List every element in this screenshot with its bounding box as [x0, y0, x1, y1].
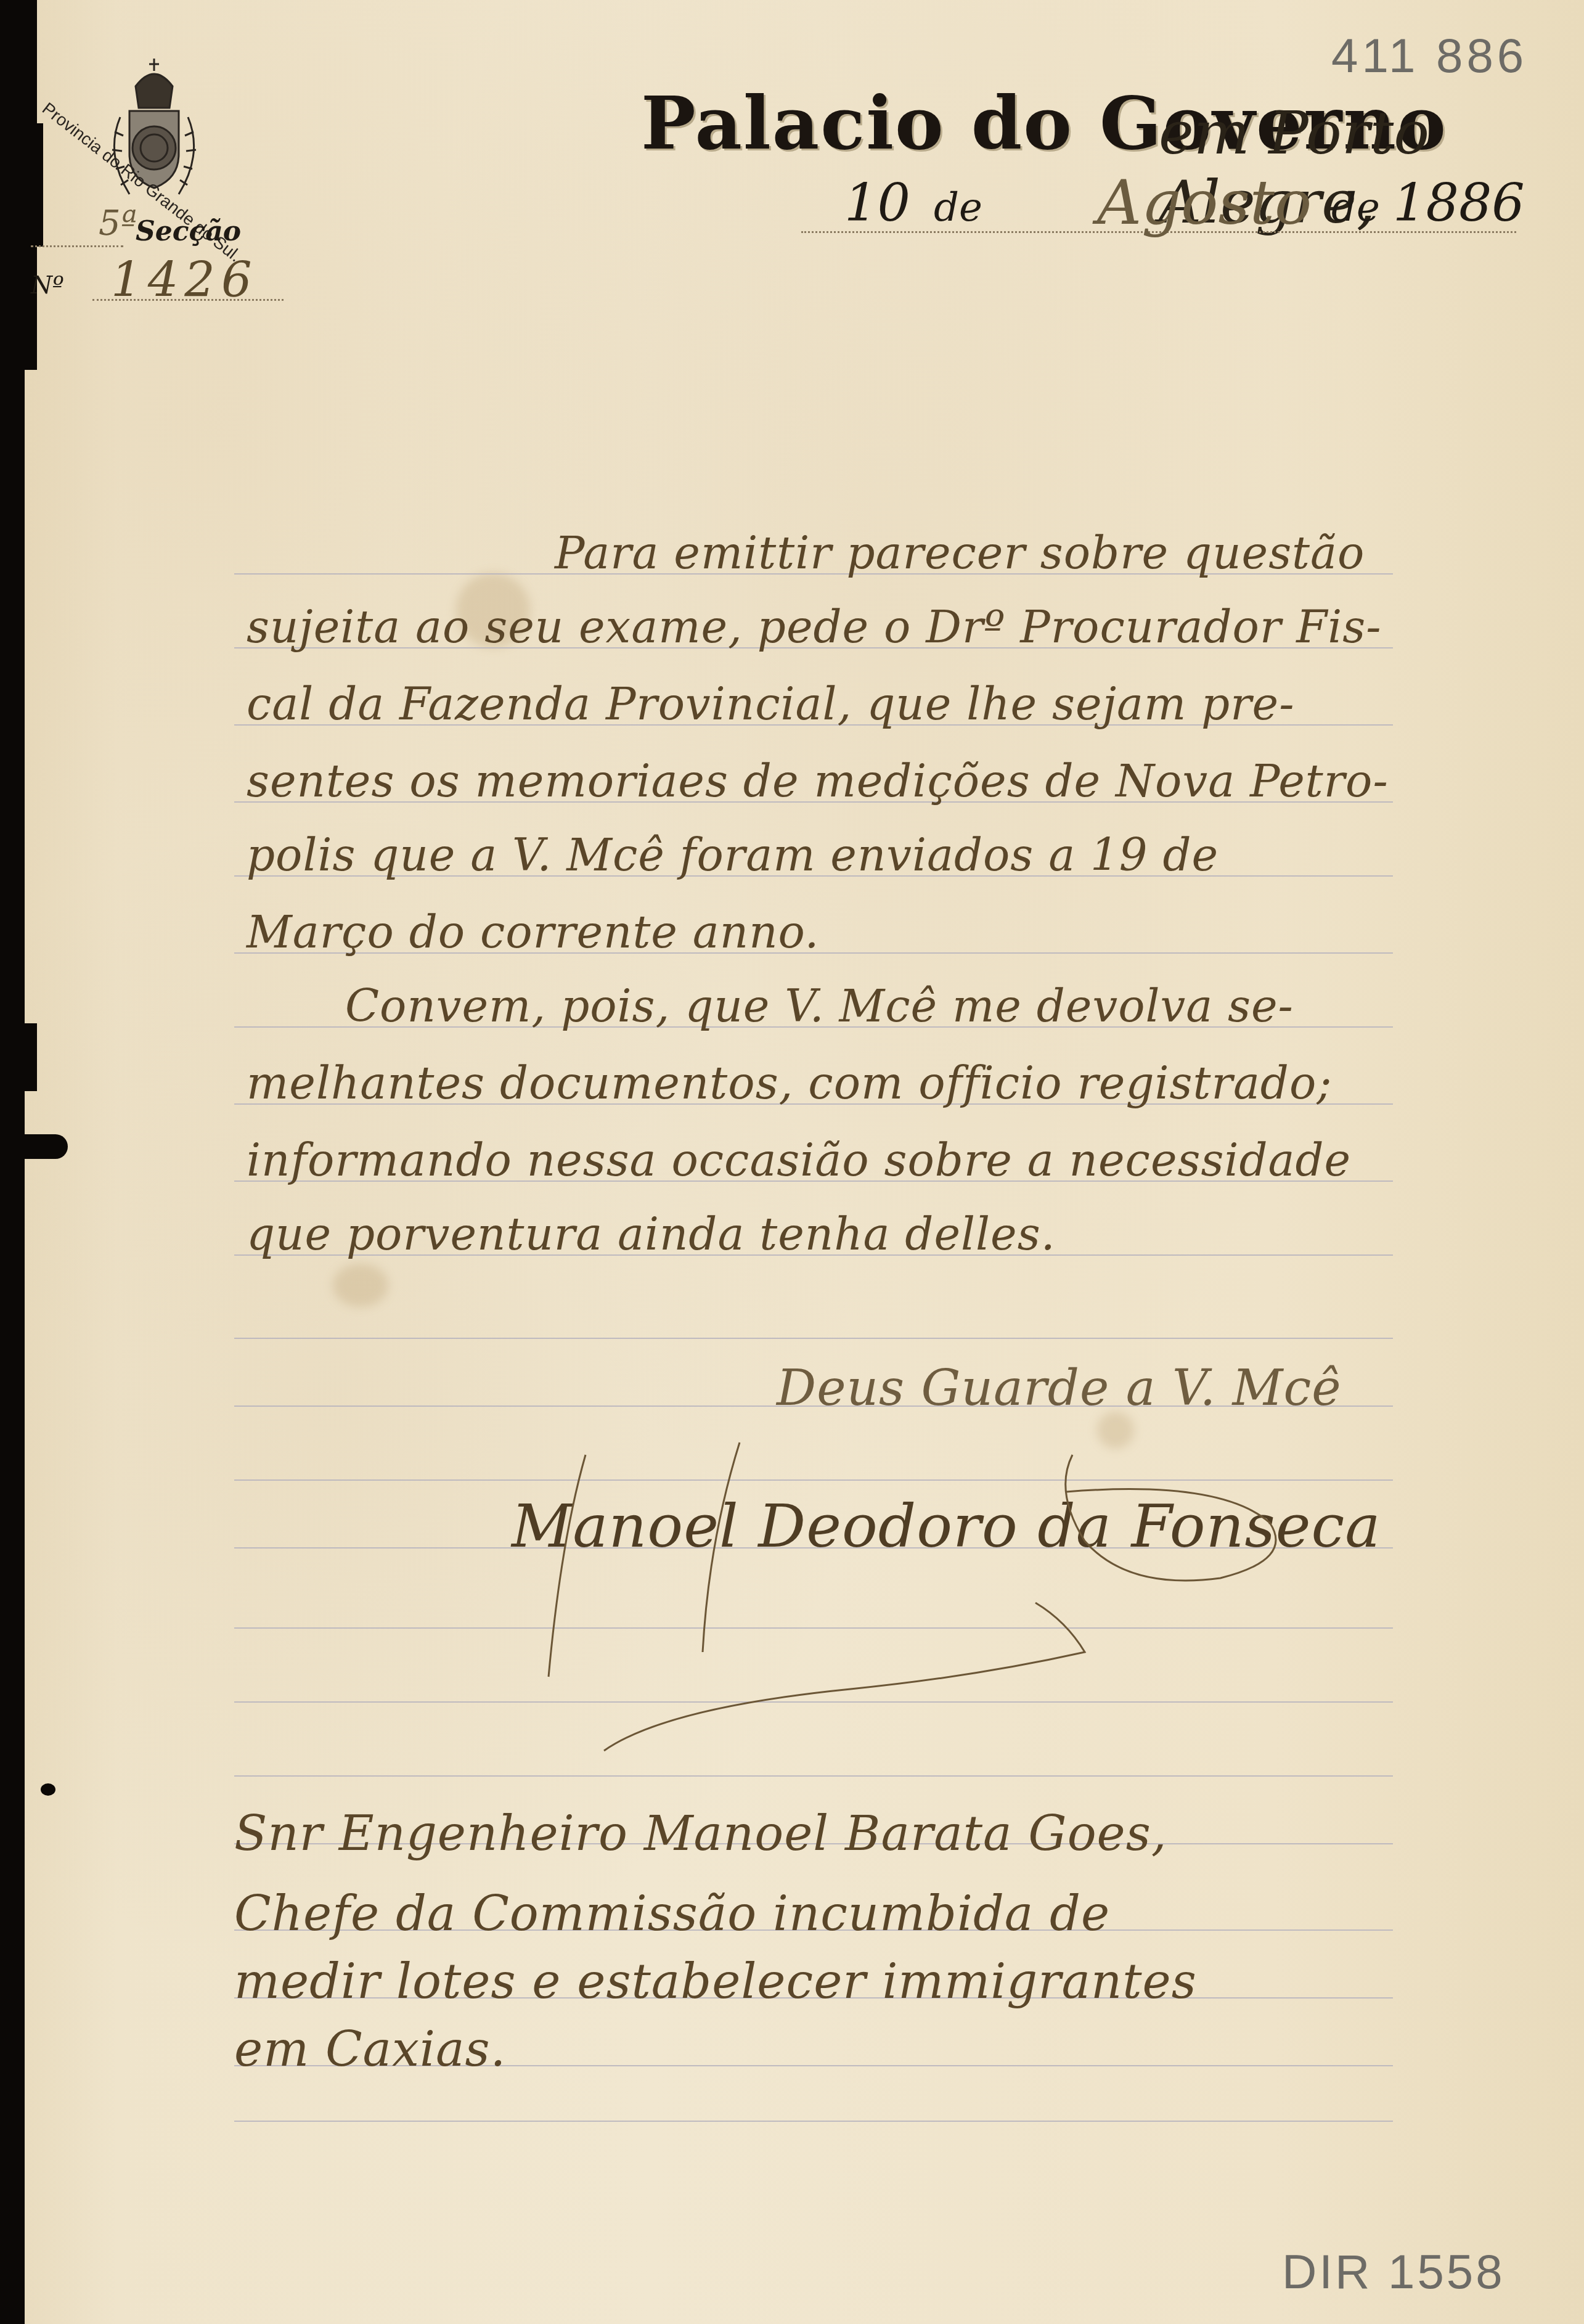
section-label: Secção [136, 216, 241, 247]
torn-edge [25, 1023, 37, 1091]
reference-number: 1426 [111, 253, 258, 308]
addressee-line: medir lotes e estabelecer immigrantes [234, 1954, 1197, 2010]
date-month: Agosto [1097, 166, 1312, 239]
reference-number-field: Nº 1426 [31, 253, 290, 314]
date-de: de [1331, 185, 1380, 231]
body-line: sentes os memoriaes de medições de Nova … [247, 755, 1389, 807]
ruled-line [234, 1775, 1393, 1777]
stain [333, 1264, 388, 1307]
section-field: 5ª Secção [31, 203, 290, 253]
section-number: 5ª [99, 203, 137, 243]
date-year: 1886 [1393, 173, 1525, 233]
archive-code-bottom: DIR 1558 [1282, 2244, 1505, 2300]
ruled-line [234, 1338, 1393, 1339]
body-line: Convem, pois, que V. Mcê me devolva se- [345, 980, 1294, 1032]
body-line: informando nessa occasião sobre a necess… [247, 1134, 1351, 1186]
addressee-line: em Caxias. [234, 2022, 506, 2077]
addressee-line: Snr Engenheiro Manoel Barata Goes, [234, 1806, 1167, 1862]
number-prefix: Nº [31, 271, 64, 300]
body-line: cal da Fazenda Provincial, que lhe sejam… [247, 678, 1295, 730]
body-line: Para emittir parecer sobre questão [555, 527, 1365, 579]
archive-number-top: 411 886 [1331, 28, 1527, 84]
date-day: 10 [844, 173, 910, 233]
dotted-line [31, 245, 123, 247]
ruled-line [234, 2121, 1393, 2122]
body-line: Março do corrente anno. [247, 906, 820, 958]
addressee-line: Chefe da Commissão incumbida de [234, 1886, 1110, 1942]
body-line: sujeita ao seu exame, pede o Drº Procura… [247, 601, 1381, 653]
torn-edge [25, 1134, 68, 1159]
signature-flourish-icon [419, 1418, 1344, 1763]
paper-hole [41, 1783, 55, 1796]
closing-salutation: Deus Guarde a V. Mcê [777, 1359, 1342, 1417]
date-line: 10 de Agosto de 1886 [801, 166, 1516, 240]
date-de: de [934, 185, 982, 231]
body-line: polis que a V. Mcê foram enviados a 19 d… [247, 829, 1219, 881]
body-line: que porventura ainda tenha delles. [247, 1208, 1056, 1260]
body-line: melhantes documentos, com officio regist… [247, 1057, 1333, 1109]
